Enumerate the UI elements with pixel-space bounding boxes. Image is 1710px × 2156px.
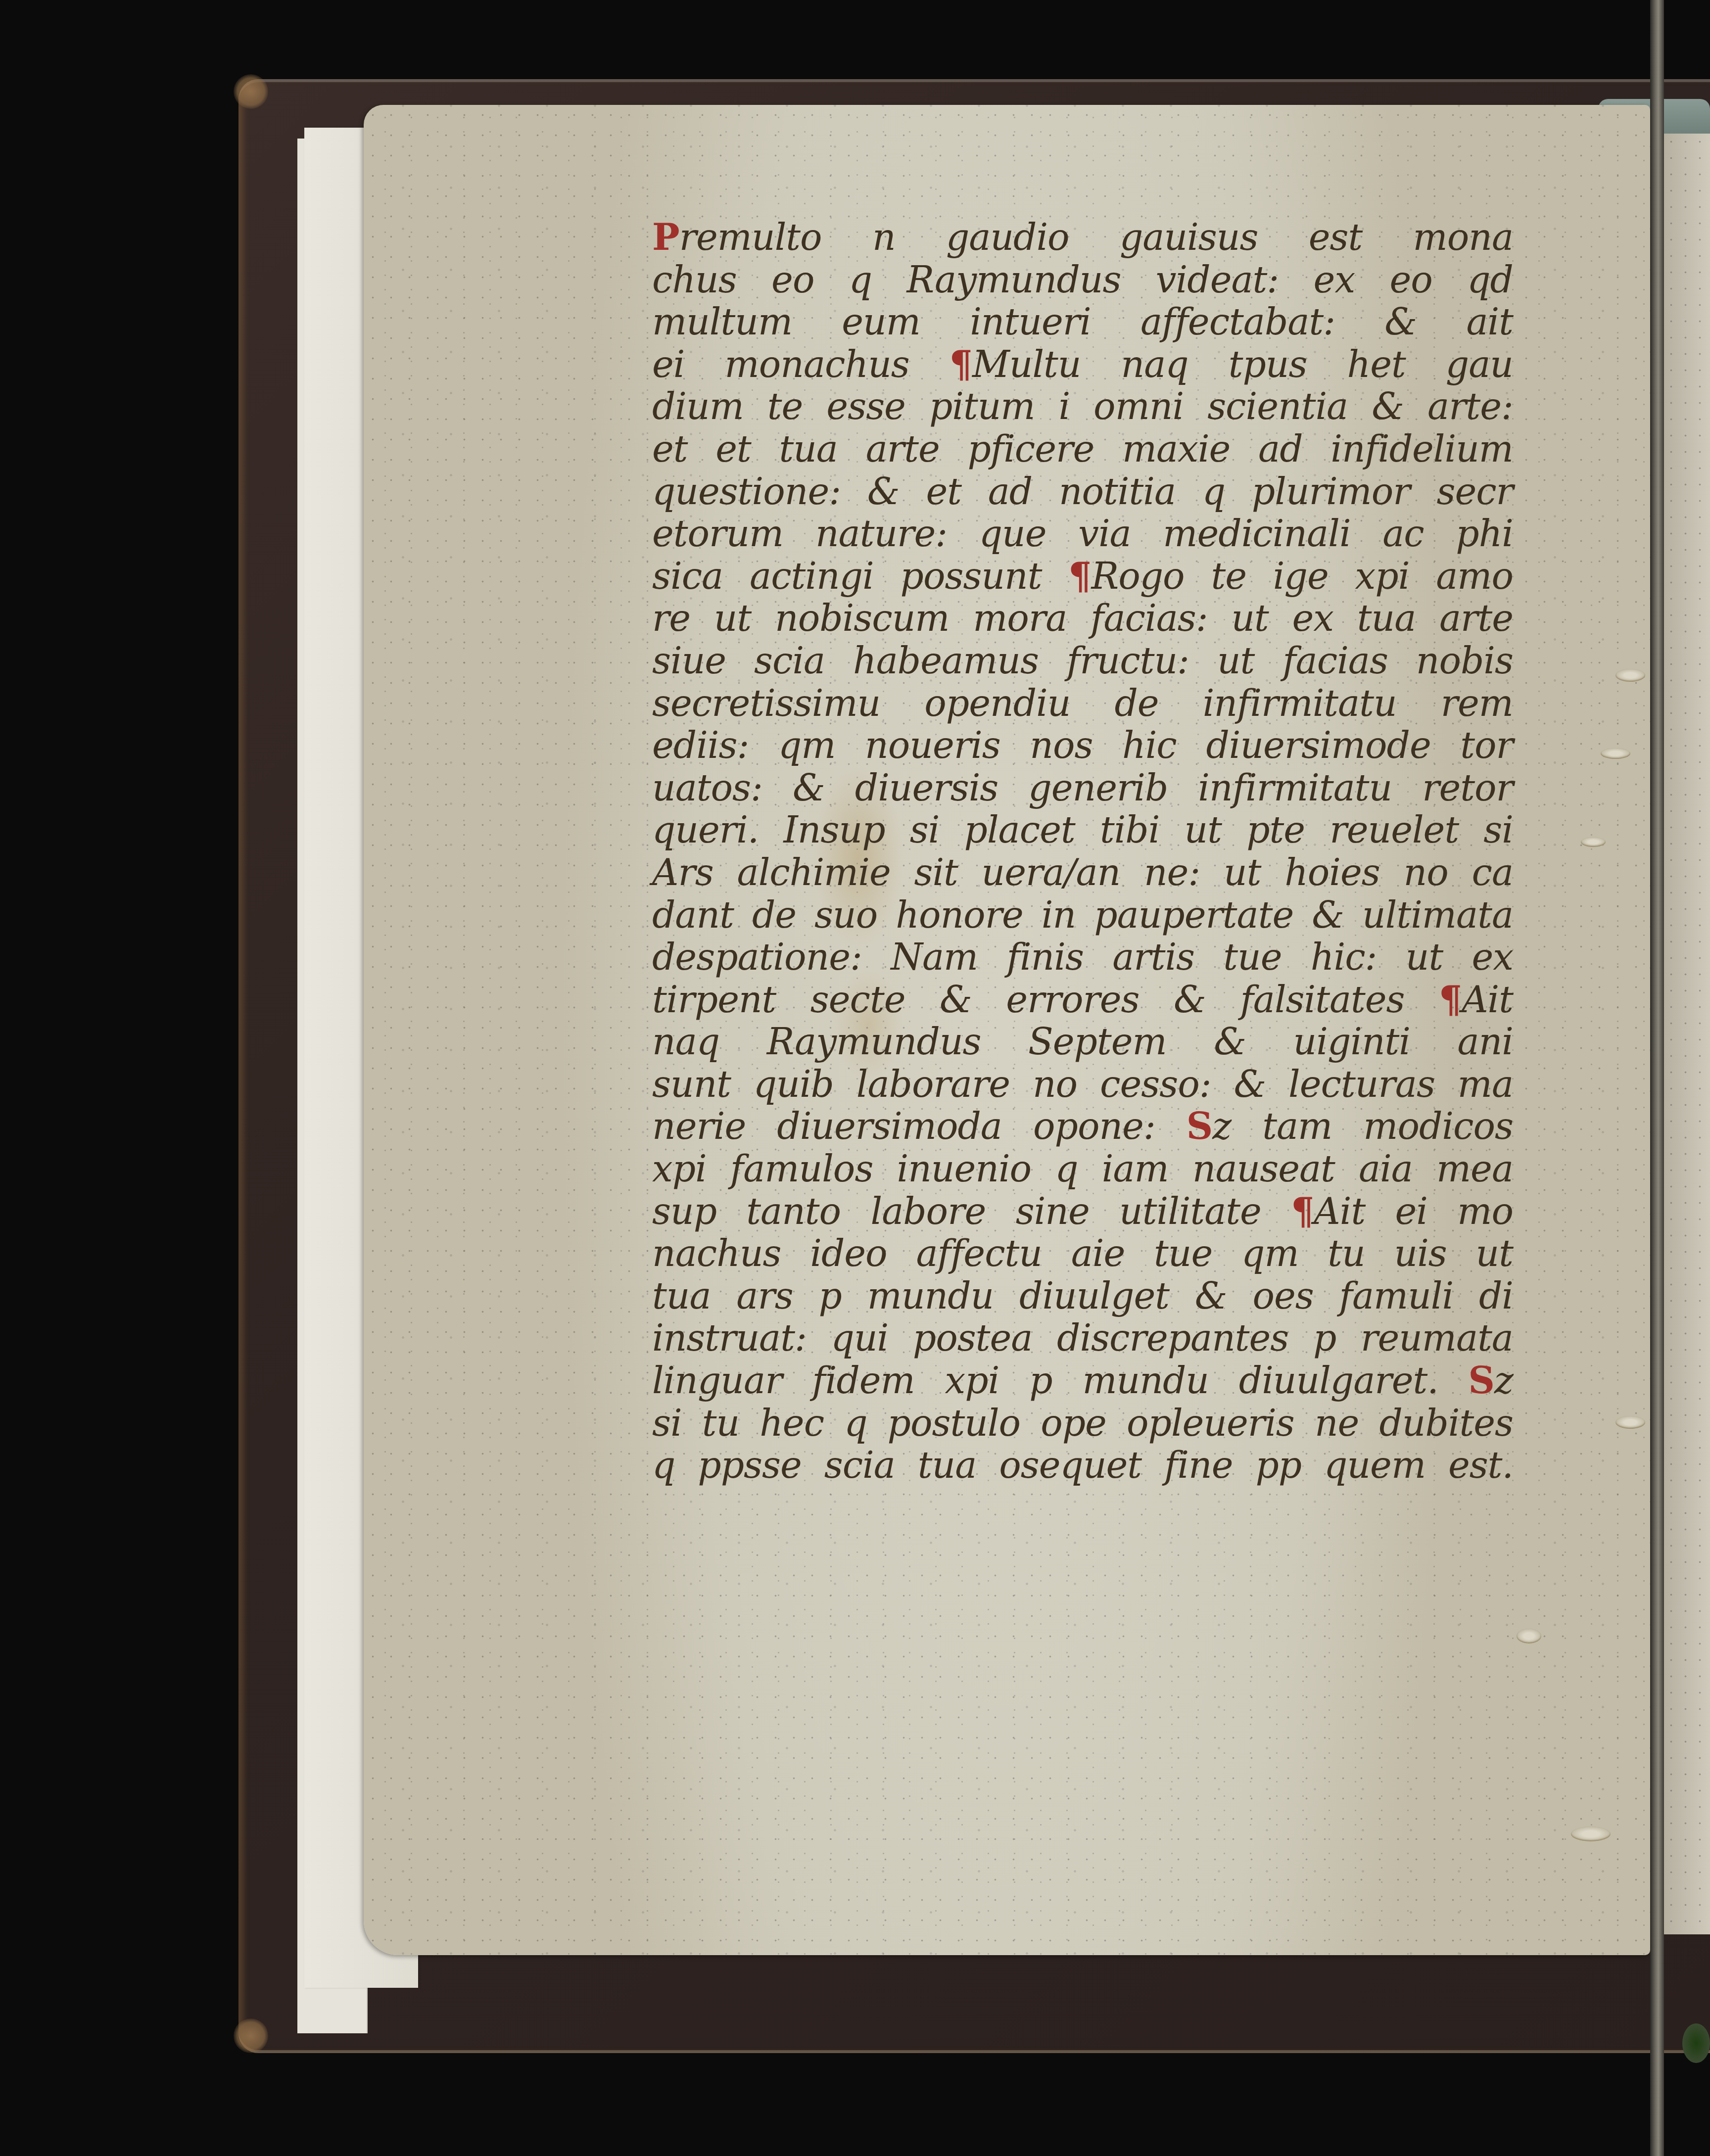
- wormhole: [1601, 748, 1630, 759]
- foxing-speckle: [1664, 134, 1710, 1934]
- text-line: dium te esse pitum i omni scientia & art…: [652, 386, 1513, 428]
- text-line: instruat: qui postea discrepantes p reum…: [652, 1317, 1513, 1360]
- binding-wear-mark: [234, 2018, 268, 2053]
- text-line: uatos: & diuersis generib infirmitatu re…: [652, 767, 1513, 810]
- text-line: Premulto n gaudio gauisus est mona: [652, 217, 1513, 259]
- text-line: linguar fidem xpi p mundu diuulgaret. Sz: [652, 1360, 1513, 1403]
- binding-damage-spot: [1682, 2023, 1710, 2063]
- wormhole: [1571, 1827, 1611, 1841]
- text-line: nachus ideo affectu aie tue qm tu uis ut: [652, 1233, 1513, 1275]
- text-line: questione: & et ad notitia q plurimor se…: [652, 471, 1513, 514]
- text-line: re ut nobiscum mora facias: ut ex tua ar…: [652, 598, 1513, 640]
- glass-weight-bar: [1650, 0, 1664, 2156]
- wormhole: [1581, 837, 1606, 847]
- rubric-initial: S: [1469, 1359, 1494, 1402]
- text-line: naq Raymundus Septem & uiginti ani: [652, 1021, 1513, 1064]
- text-line: sica actingi possunt ¶Rogo te ige xpi am…: [652, 556, 1513, 598]
- text-line: secretissimu opendiu de infirmitatu rem: [652, 683, 1513, 725]
- text-line: chus eo q Raymundus videat: ex eo qd: [652, 259, 1513, 302]
- text-line: et et tua arte pficere maxie ad infideli…: [652, 428, 1513, 471]
- text-line: queri. Insup si placet tibi ut pte reuel…: [652, 809, 1513, 852]
- text-line: sunt quib laborare no cesso: & lecturas …: [652, 1064, 1513, 1106]
- text-line: ediis: qm noueris nos hic diuersimode to…: [652, 725, 1513, 767]
- text-line: sup tanto labore sine utilitate ¶Ait ei …: [652, 1191, 1513, 1233]
- wormhole: [1517, 1629, 1541, 1643]
- text-line: nerie diuersimoda opone: Sz tam modicos: [652, 1106, 1513, 1148]
- rubric-initial: P: [652, 216, 679, 259]
- text-line: dant de suo honore in paupertate & ultim…: [652, 894, 1513, 937]
- paragraph-mark: ¶: [1068, 555, 1091, 598]
- text-line: despatione: Nam finis artis tue hic: ut …: [652, 937, 1513, 979]
- rubric-initial: S: [1187, 1105, 1212, 1148]
- facing-page-edge: [1664, 134, 1710, 1934]
- manuscript-text: Premulto n gaudio gauisus est mona chus …: [652, 217, 1513, 1487]
- text-line: multum eum intueri affectabat: & ait: [652, 301, 1513, 344]
- text-line: etorum nature: que via medicinali ac phi: [652, 513, 1513, 556]
- text-line: xpi famulos inuenio q iam nauseat aia me…: [652, 1148, 1513, 1191]
- binding-wear-mark: [234, 74, 268, 109]
- paragraph-mark: ¶: [1439, 979, 1462, 1021]
- text-line: ei monachus ¶Multu naq tpus het gau: [652, 344, 1513, 386]
- text-line: siue scia habeamus fructu: ut facias nob…: [652, 640, 1513, 683]
- text-line: q ppsse scia tua osequet fine pp quem es…: [652, 1445, 1513, 1487]
- wormhole: [1615, 669, 1645, 682]
- text-line: tirpent secte & errores & falsitates ¶Ai…: [652, 979, 1513, 1022]
- paragraph-mark: ¶: [950, 343, 972, 386]
- text-line: si tu hec q postulo ope opleueris ne dub…: [652, 1403, 1513, 1445]
- wormhole: [1615, 1416, 1645, 1429]
- paragraph-mark: ¶: [1291, 1190, 1314, 1233]
- text-line: Ars alchimie sit uera/an ne: ut hoies no…: [652, 852, 1513, 894]
- text-line: tua ars p mundu diuulget & oes famuli di: [652, 1275, 1513, 1318]
